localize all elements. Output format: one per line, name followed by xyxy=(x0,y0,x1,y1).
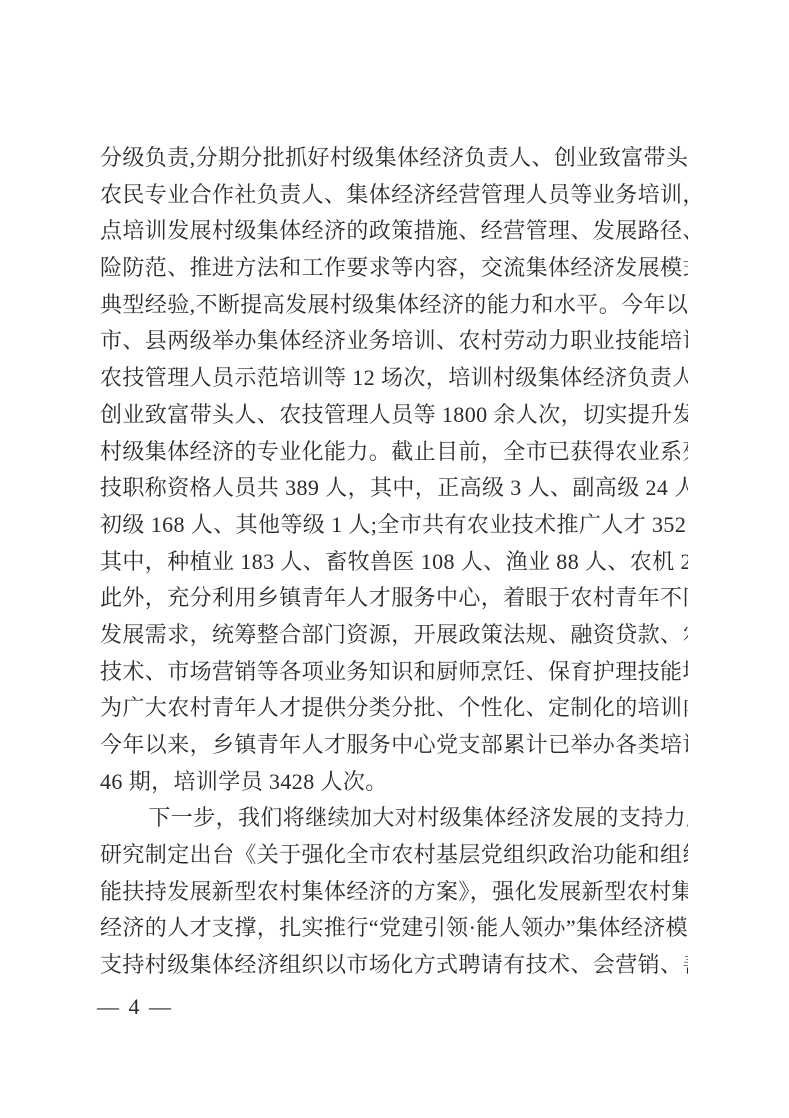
body-line: 点培训发展村级集体经济的政策措施、经营管理、发展路径、风 xyxy=(100,213,688,250)
body-line: 46 期，培训学员 3428 人次。 xyxy=(100,764,688,801)
body-line: 初级 168 人、其他等级 1 人;全市共有农业技术推广人才 352 人， xyxy=(100,507,688,544)
body-line: 研究制定出台《关于强化全市农村基层党组织政治功能和组织功 xyxy=(100,837,688,874)
paragraph-1: 分级负责,分期分批抓好村级集体经济负责人、创业致富带头人、 农民专业合作社负责人… xyxy=(100,140,688,800)
body-line: 发展需求，统筹整合部门资源，开展政策法规、融资贷款、农业 xyxy=(100,617,688,654)
body-line: 此外，充分利用乡镇青年人才服务中心，着眼于农村青年不同的 xyxy=(100,580,688,617)
body-line: 技职称资格人员共 389 人，其中，正高级 3 人、副高级 24 人、 xyxy=(100,470,688,507)
document-body: 分级负责,分期分批抓好村级集体经济负责人、创业致富带头人、 农民专业合作社负责人… xyxy=(100,140,688,984)
body-line: 农民专业合作社负责人、集体经济经营管理人员等业务培训，重 xyxy=(100,177,688,214)
body-line: 其中，种植业 183 人、畜牧兽医 108 人、渔业 88 人、农机 28 人。 xyxy=(100,544,688,581)
body-line: 分级负责,分期分批抓好村级集体经济负责人、创业致富带头人、 xyxy=(100,140,688,177)
body-line: 技术、市场营销等各项业务知识和厨师烹饪、保育护理技能培训， xyxy=(100,654,688,691)
body-line: 村级集体经济的专业化能力。截止目前，全市已获得农业系列专 xyxy=(100,434,688,471)
body-line: 今年以来，乡镇青年人才服务中心党支部累计已举办各类培训班 xyxy=(100,727,688,764)
body-line: 创业致富带头人、农技管理人员等 1800 余人次，切实提升发展 xyxy=(100,397,688,434)
body-line: 经济的人才支撑，扎实推行“党建引领·能人领办”集体经济模式， xyxy=(100,910,688,947)
body-line: 能扶持发展新型农村集体经济的方案》，强化发展新型农村集体 xyxy=(100,874,688,911)
paragraph-2: 下一步，我们将继续加大对村级集体经济发展的支持力度， 研究制定出台《关于强化全市… xyxy=(100,800,688,983)
body-line: 为广大农村青年人才提供分类分批、个性化、定制化的培训内容。 xyxy=(100,690,688,727)
body-line: 农技管理人员示范培训等 12 场次，培训村级集体经济负责人、 xyxy=(100,360,688,397)
body-line: 典型经验,不断提高发展村级集体经济的能力和水平。今年以来， xyxy=(100,287,688,324)
body-line: 支持村级集体经济组织以市场化方式聘请有技术、会营销、善管 xyxy=(100,947,688,984)
body-line: 下一步，我们将继续加大对村级集体经济发展的支持力度， xyxy=(100,800,688,837)
body-line: 险防范、推进方法和工作要求等内容，交流集体经济发展模式和 xyxy=(100,250,688,287)
page-number: — 4 — xyxy=(97,994,173,1020)
body-line: 市、县两级举办集体经济业务培训、农村劳动力职业技能培训、 xyxy=(100,323,688,360)
document-page: 分级负责,分期分批抓好村级集体经济负责人、创业致富带头人、 农民专业合作社负责人… xyxy=(0,0,789,1118)
